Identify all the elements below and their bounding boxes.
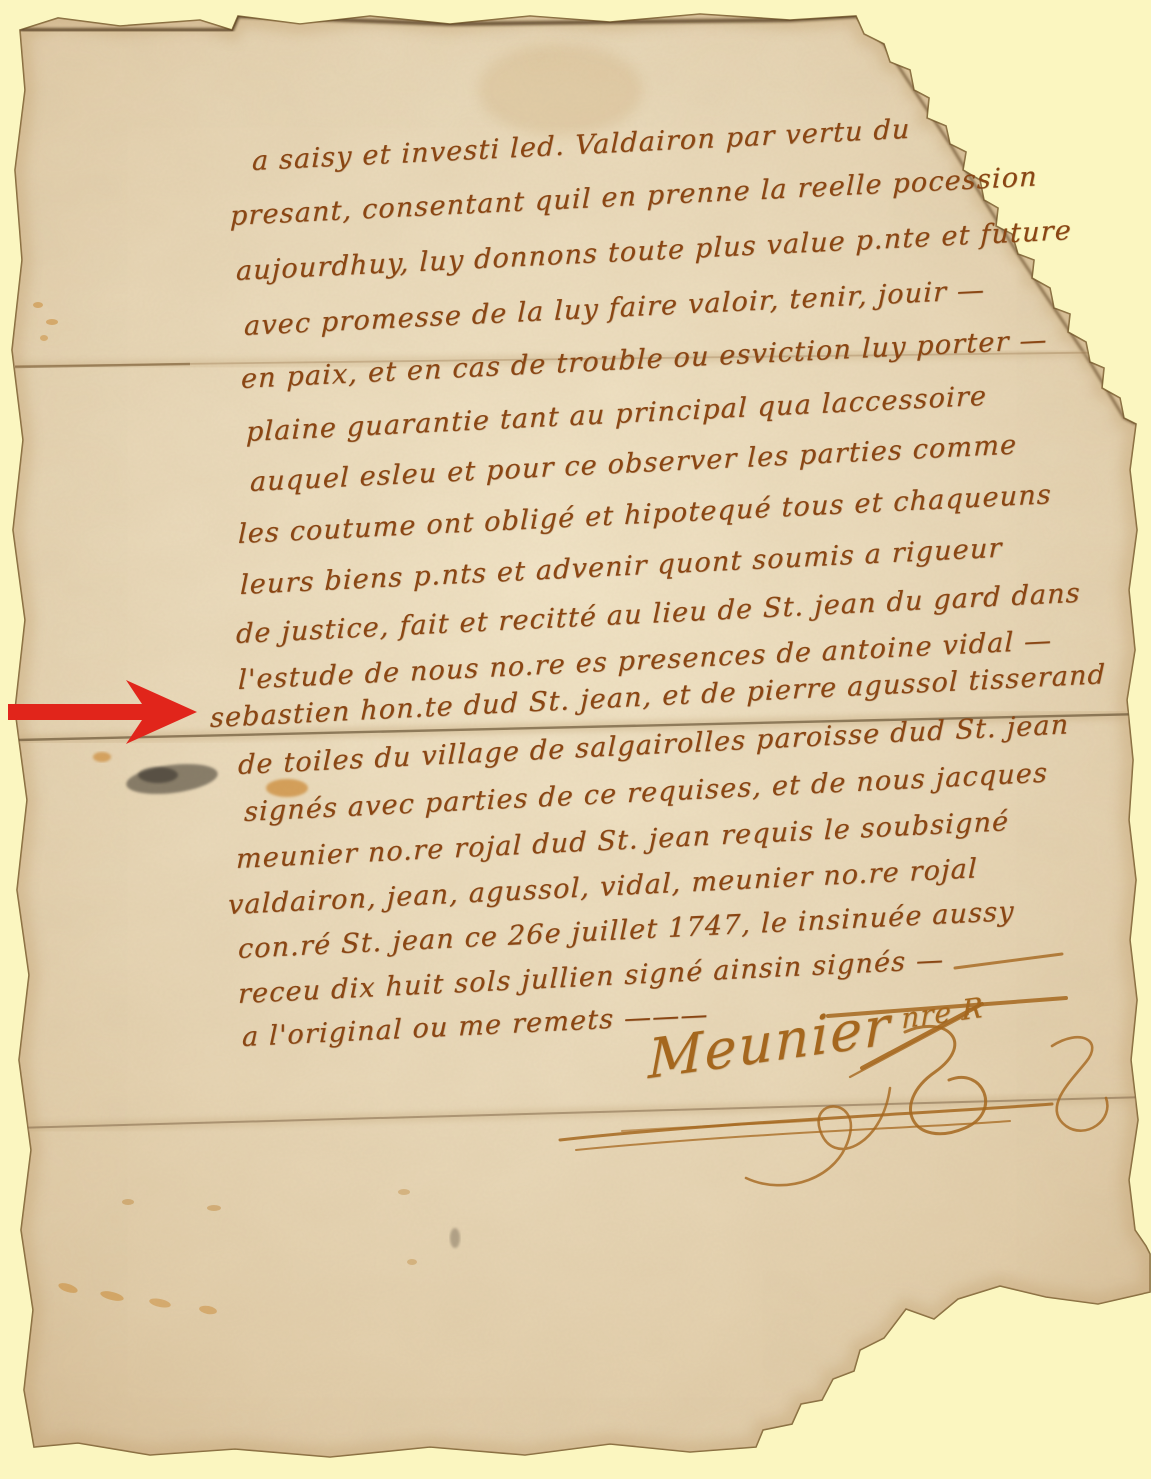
- manuscript-artwork: [0, 0, 1151, 1479]
- orange-stain: [266, 779, 308, 797]
- rust-streak: [995, 146, 1060, 173]
- scanned-manuscript-page: a saisy et investi led. Valdairon par ve…: [0, 0, 1151, 1479]
- paper-sheet: [0, 0, 1151, 1479]
- top-center-smear: [478, 44, 642, 136]
